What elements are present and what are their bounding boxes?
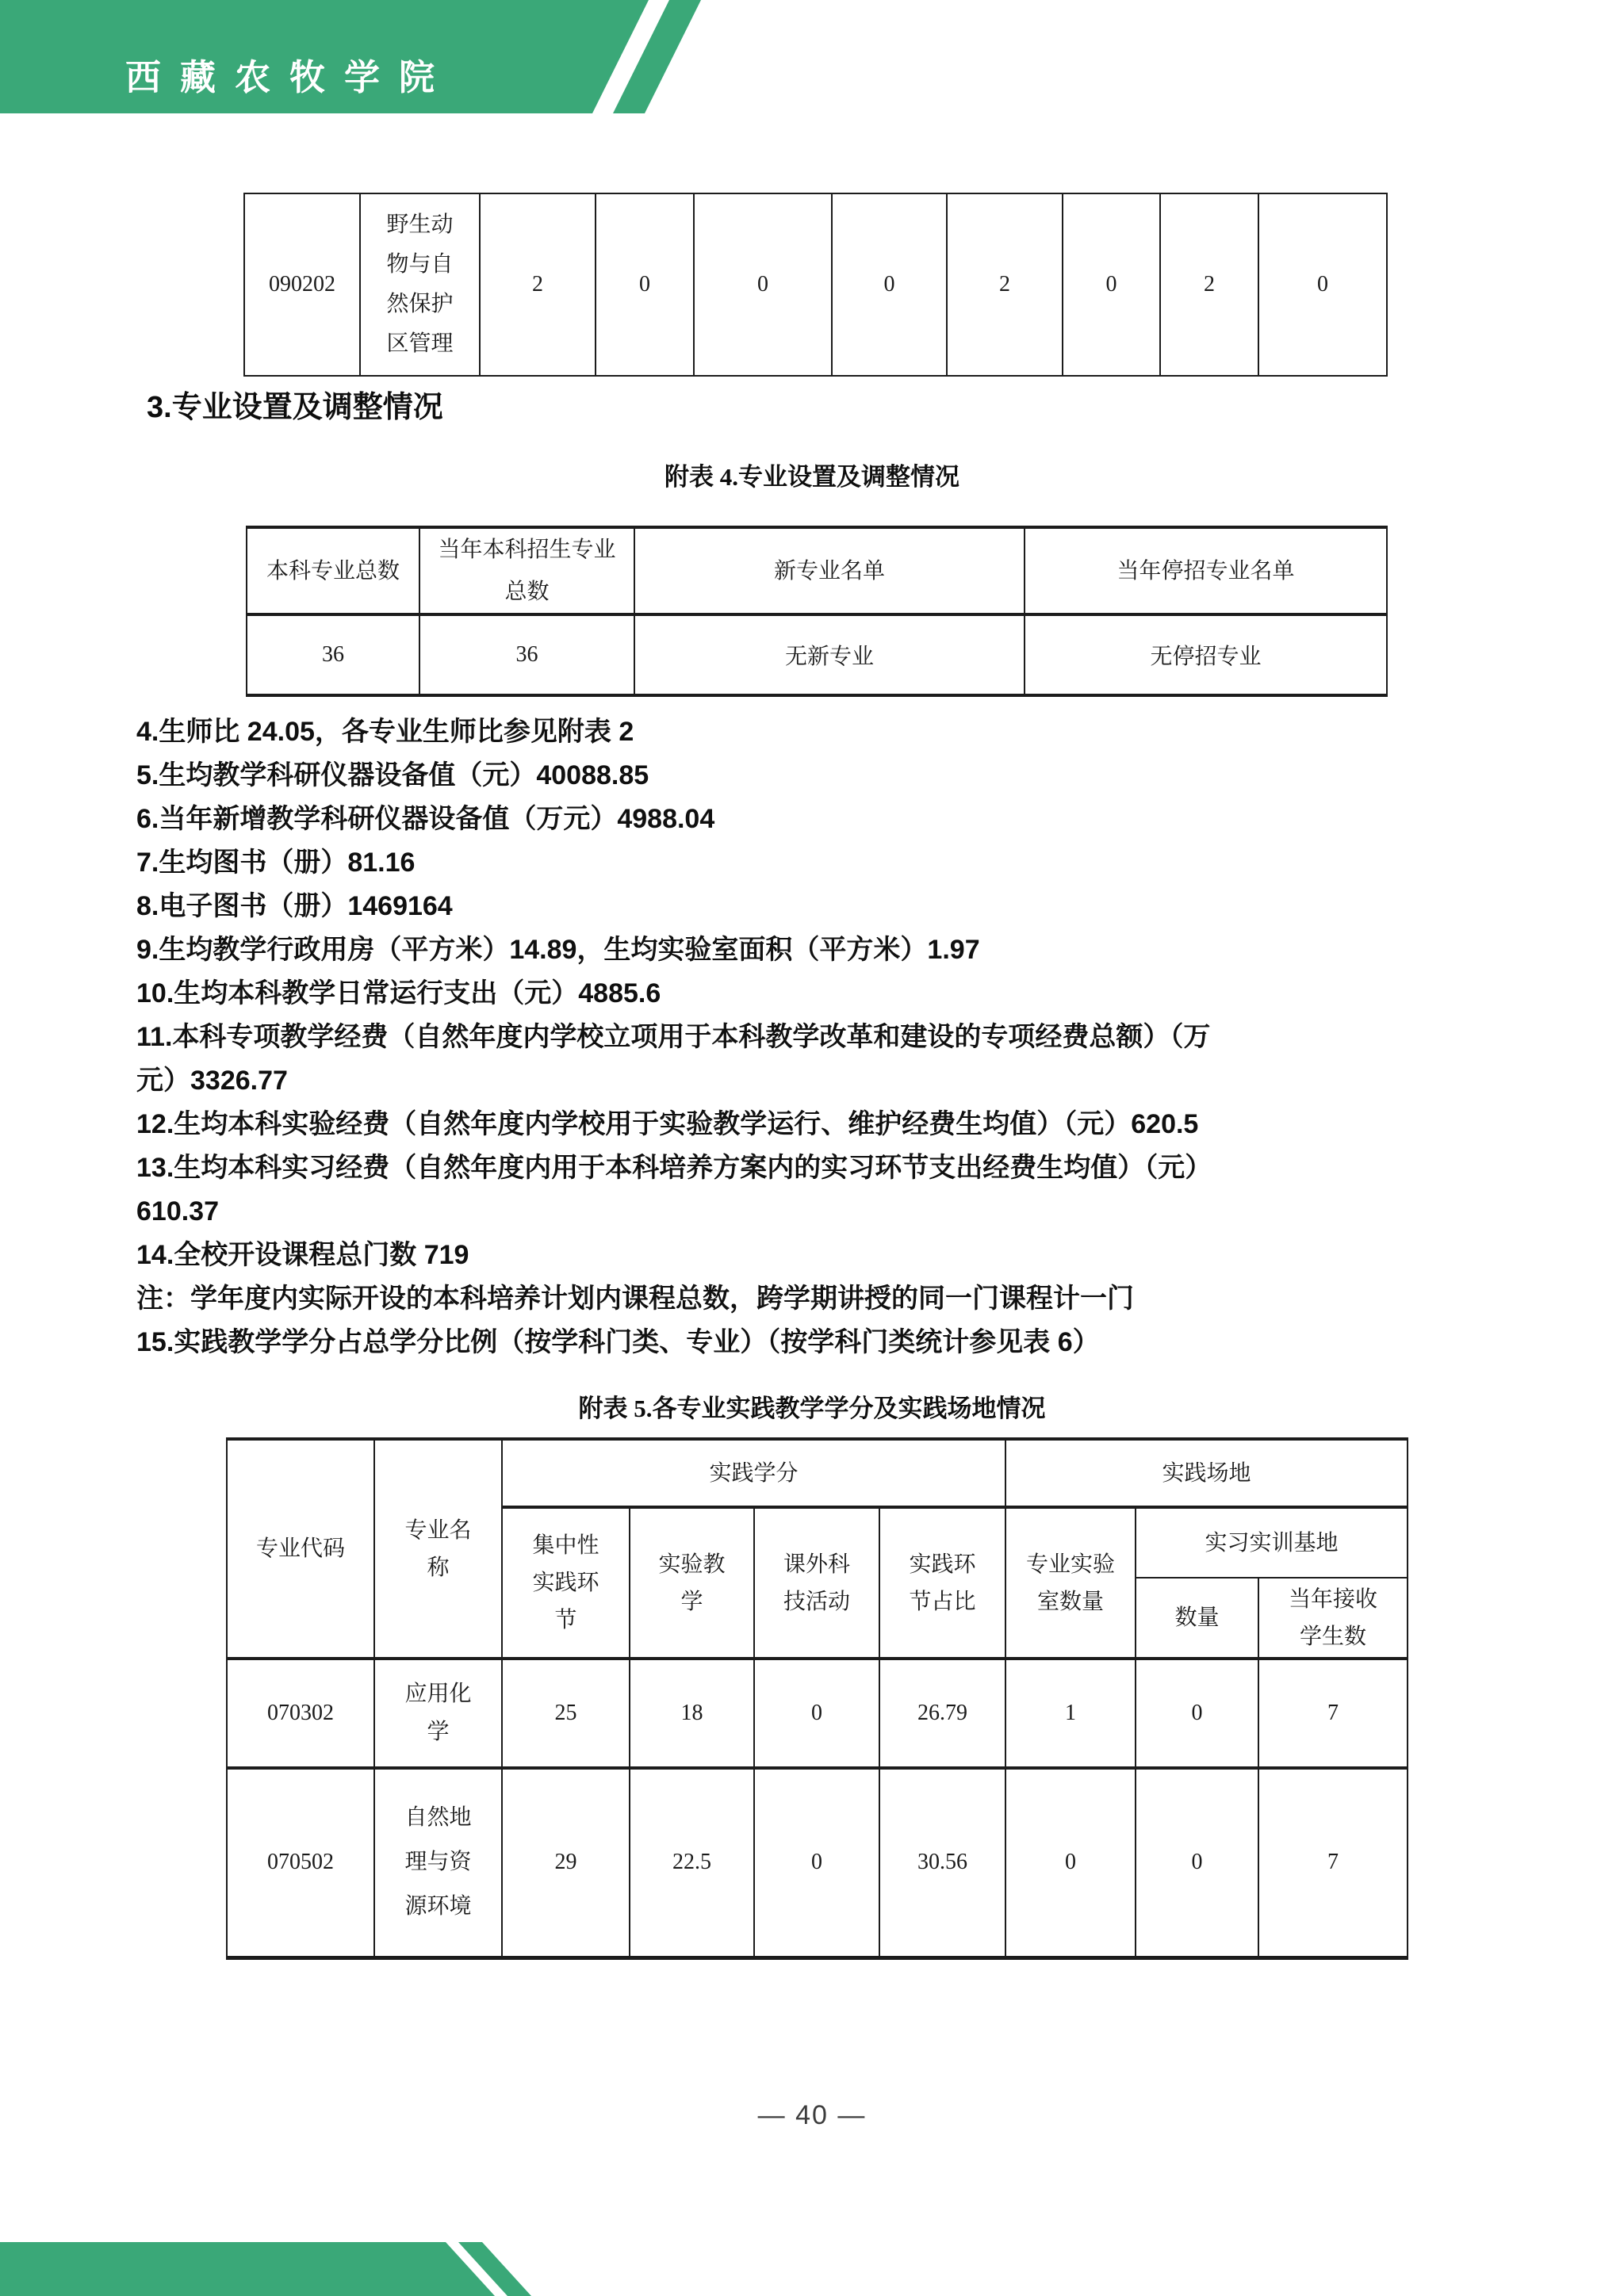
column-header: 数量 [1136,1578,1258,1659]
value-cell: 0 [754,1768,879,1957]
list-item: 12.生均本科实验经费（自然年度内学校用于实验教学运行、维护经费生均值）（元）6… [136,1103,1492,1146]
column-header: 新专业名单 [634,527,1025,614]
major-code-cell: 070302 [227,1659,374,1768]
table-row: 36 36 无新专业 无停招专业 [247,614,1387,695]
table-row: 070302 应用化 学 25 18 0 26.79 1 0 7 [227,1659,1408,1768]
column-header: 当年接收 学生数 [1258,1578,1408,1659]
value-cell: 0 [596,193,694,376]
value-cell: 26.79 [879,1659,1005,1768]
group-header-practice-credits: 实践学分 [502,1439,1005,1507]
column-header: 专业名 称 [374,1439,502,1659]
value-cell: 无新专业 [634,614,1025,695]
column-header: 本科专业总数 [247,527,419,614]
column-header: 当年本科招生专业 总数 [419,527,634,614]
list-item-wrap: 元）3326.77 [136,1059,1492,1103]
list-item: 11.本科专项教学经费（自然年度内学校立项用于本科教学改革和建设的专项经费总额）… [136,1016,1492,1059]
column-header: 实验教 学 [630,1507,754,1659]
table-row: 070502 自然地 理与资 源环境 29 22.5 0 30.56 0 0 7 [227,1768,1408,1957]
list-item: 15.实践教学学分占总学分比例（按学科门类、专业）（按学科门类统计参见表 6） [136,1321,1492,1364]
value-cell: 0 [832,193,947,376]
list-item: 13.生均本科实习经费（自然年度内用于本科培养方案内的实习环节支出经费生均值）（… [136,1146,1492,1190]
table-5-practice-credits: 专业代码 专业名 称 实践学分 实践场地 集中性 实践环 节 实验教 学 课外科… [226,1437,1408,1960]
value-cell: 0 [1258,193,1387,376]
list-item: 7.生均图书（册）81.16 [136,841,1492,885]
table-4-major-setup: 本科专业总数 当年本科招生专业 总数 新专业名单 当年停招专业名单 36 36 … [246,526,1388,697]
value-cell: 7 [1258,1768,1408,1957]
school-name: 西藏农牧学院 [125,60,454,96]
table-header-row: 本科专业总数 当年本科招生专业 总数 新专业名单 当年停招专业名单 [247,527,1387,614]
column-header: 实践环 节占比 [879,1507,1005,1659]
value-cell: 2 [947,193,1063,376]
list-item: 8.电子图书（册）1469164 [136,885,1492,928]
group-header-practice-sites: 实践场地 [1005,1439,1408,1507]
list-item: 6.当年新增教学科研仪器设备值（万元）4988.04 [136,798,1492,841]
value-cell: 0 [1063,193,1160,376]
list-item: 5.生均教学科研仪器设备值（元）40088.85 [136,754,1492,798]
value-cell: 30.56 [879,1768,1005,1957]
value-cell: 0 [1136,1768,1258,1957]
value-cell: 2 [1160,193,1258,376]
value-cell: 7 [1258,1659,1408,1768]
column-header: 集中性 实践环 节 [502,1507,630,1659]
document-page: 西藏农牧学院 090202 野生动 物与自 然保护 区管理 2 0 0 0 2 … [0,0,1624,2296]
list-item: 10.生均本科教学日常运行支出（元）4885.6 [136,972,1492,1016]
list-item-wrap: 610.37 [136,1190,1492,1234]
value-cell: 无停招专业 [1025,614,1387,695]
value-cell: 29 [502,1768,630,1957]
major-name-cell: 自然地 理与资 源环境 [374,1768,502,1957]
statistics-list: 4.生师比 24.05，各专业生师比参见附表 2 5.生均教学科研仪器设备值（元… [136,710,1492,1364]
value-cell: 0 [1005,1768,1136,1957]
value-cell: 36 [247,614,419,695]
table4-caption: 附表 4.专业设置及调整情况 [0,462,1624,492]
value-cell: 18 [630,1659,754,1768]
value-cell: 25 [502,1659,630,1768]
value-cell: 22.5 [630,1768,754,1957]
column-header: 课外科 技活动 [754,1507,879,1659]
section-heading: 3.专业设置及调整情况 [147,390,443,425]
note-line: 注：学年度内实际开设的本科培养计划内课程总数，跨学期讲授的同一门课程计一门 [136,1277,1492,1321]
list-item: 14.全校开设课程总门数 719 [136,1234,1492,1277]
value-cell: 36 [419,614,634,695]
value-cell: 0 [754,1659,879,1768]
major-name-cell: 野生动 物与自 然保护 区管理 [360,193,480,376]
list-item: 9.生均教学行政用房（平方米）14.89，生均实验室面积（平方米）1.97 [136,928,1492,972]
major-name-cell: 应用化 学 [374,1659,502,1768]
table-header-row: 专业代码 专业名 称 实践学分 实践场地 [227,1439,1408,1507]
table-row: 090202 野生动 物与自 然保护 区管理 2 0 0 0 2 0 2 0 [244,193,1387,376]
group-header-training-base: 实习实训基地 [1136,1507,1408,1578]
column-header: 专业实验 室数量 [1005,1507,1136,1659]
value-cell: 1 [1005,1659,1136,1768]
list-item: 4.生师比 24.05，各专业生师比参见附表 2 [136,710,1492,754]
letterhead-band: 西藏农牧学院 [0,0,753,113]
value-cell: 0 [694,193,832,376]
value-cell: 2 [480,193,596,376]
continued-majors-table: 090202 野生动 物与自 然保护 区管理 2 0 0 0 2 0 2 0 [243,193,1388,377]
major-code-cell: 070502 [227,1768,374,1957]
value-cell: 0 [1136,1659,1258,1768]
page-number: — 40 — [0,2099,1624,2131]
table5-caption: 附表 5.各专业实践教学学分及实践场地情况 [0,1394,1624,1424]
major-code-cell: 090202 [244,193,360,376]
column-header: 专业代码 [227,1439,374,1659]
footer-band [0,2242,603,2296]
column-header: 当年停招专业名单 [1025,527,1387,614]
